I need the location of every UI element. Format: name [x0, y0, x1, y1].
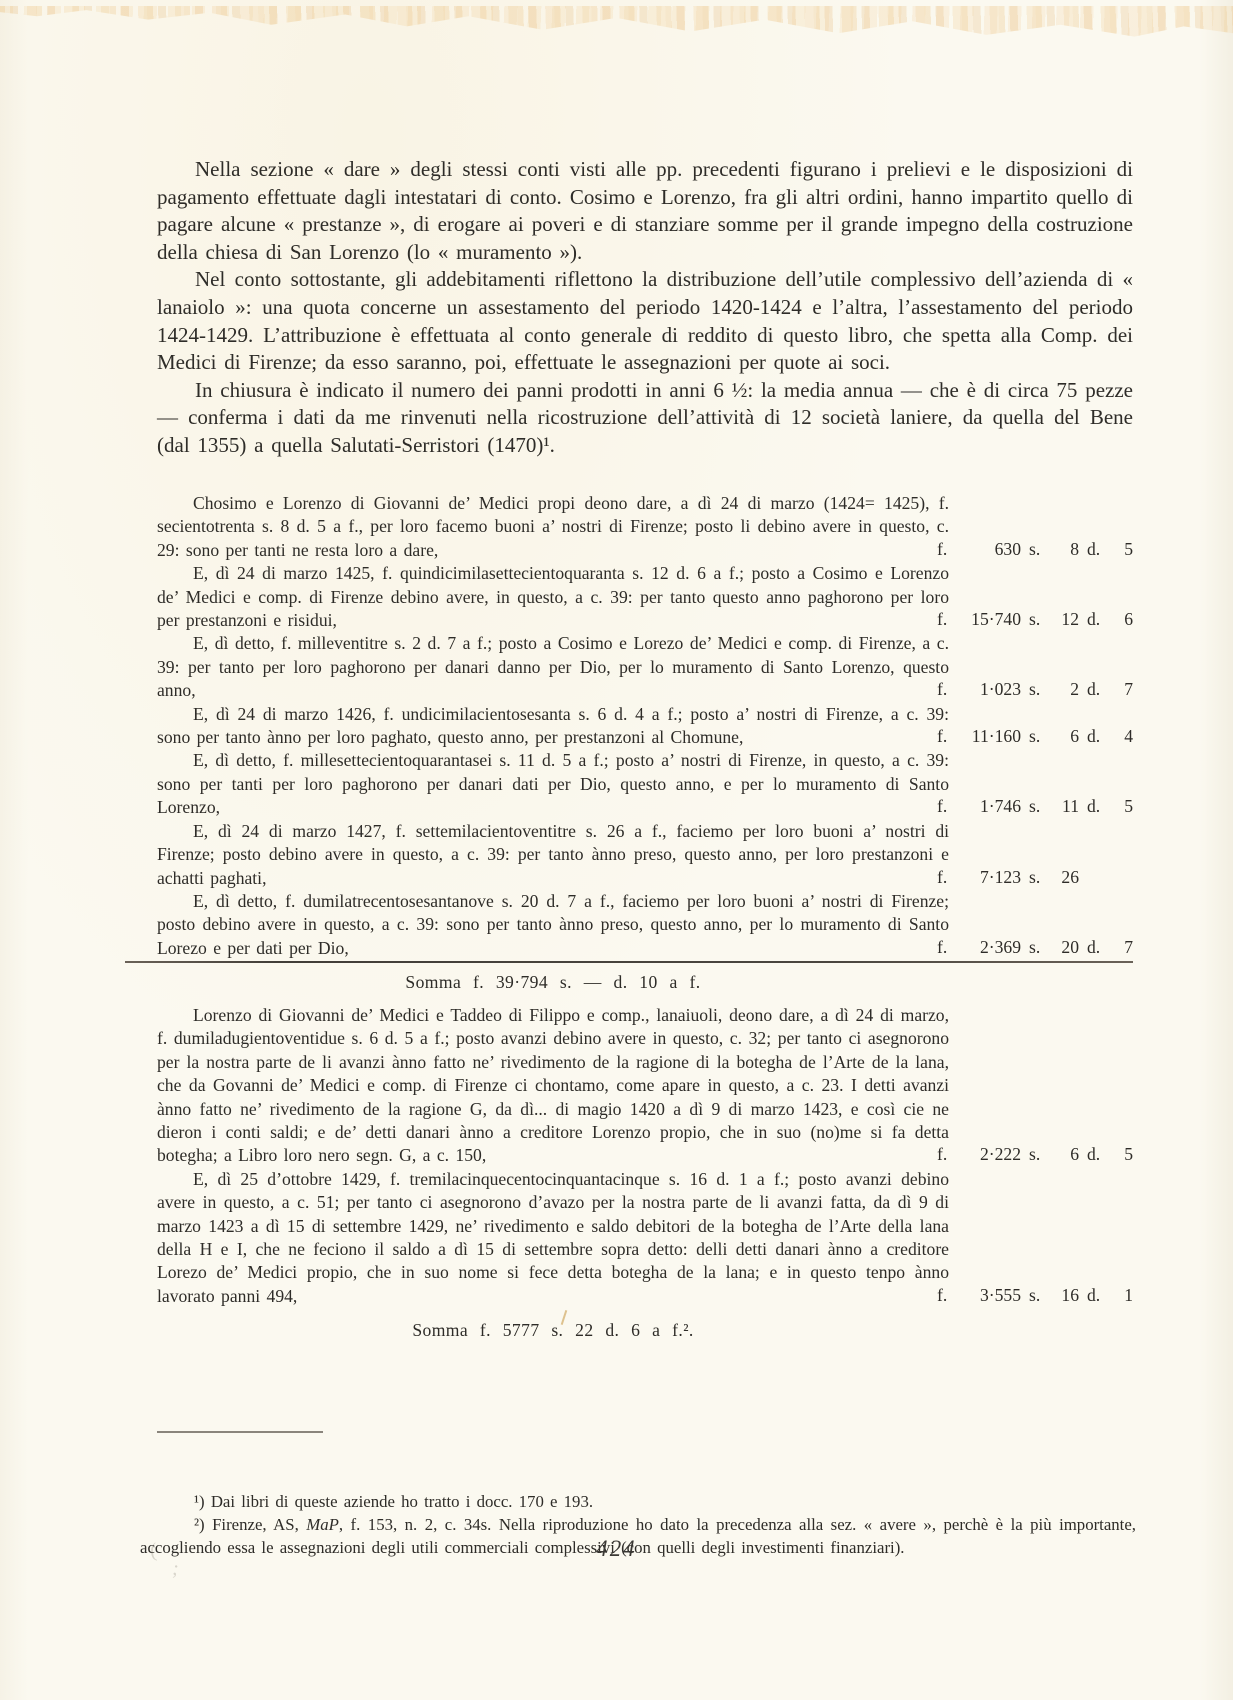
denari-value: 4	[1111, 725, 1133, 748]
ledger-entry: E, dì 24 di marzo 1425, f. quindicimilas…	[157, 562, 1133, 632]
soldi-value: 8	[1053, 538, 1087, 561]
ledger-entry: E, dì 25 d’ottobre 1429, f. tremilacinqu…	[157, 1168, 1133, 1308]
florin-value: 7·123	[961, 866, 1029, 889]
soldi-value: 26	[1053, 866, 1087, 889]
denari-label: d.	[1087, 608, 1111, 631]
entry-amount: f.630s.8d.5	[937, 538, 1133, 561]
soldi-value: 12	[1053, 608, 1087, 631]
entry-text: E, dì detto, f. millesettecientoquaranta…	[157, 749, 949, 819]
denari-value: 1	[1111, 1284, 1133, 1307]
soldi-label: s.	[1029, 538, 1053, 561]
denari-value: 5	[1111, 1143, 1133, 1166]
soldi-value: 2	[1053, 678, 1087, 701]
ledger-entry: Lorenzo di Giovanni de’ Medici e Taddeo …	[157, 1004, 1133, 1168]
smudge-glyph: ;	[172, 1558, 179, 1581]
book-page: Nella sezione « dare » degli stessi cont…	[0, 0, 1233, 1700]
soldi-value: 16	[1053, 1284, 1087, 1307]
footnote-2-prefix: ²) Firenze, AS,	[194, 1515, 306, 1534]
soldi-label: s.	[1029, 1143, 1053, 1166]
ledger-entry: E, dì detto, f. dumilatrecentosesantanov…	[157, 890, 1133, 960]
florin-label: f.	[937, 795, 961, 818]
entry-amount: f.3·555s.16d.1	[937, 1284, 1133, 1307]
denari-label: d.	[1087, 678, 1111, 701]
entry-text: E, dì 24 di marzo 1425, f. quindicimilas…	[157, 562, 949, 632]
entry-amount: f.11·160s.6d.4	[937, 725, 1133, 748]
soldi-label: s.	[1029, 795, 1053, 818]
florin-value: 15·740	[961, 608, 1029, 631]
entry-text: Lorenzo di Giovanni de’ Medici e Taddeo …	[157, 1004, 949, 1168]
florin-value: 11·160	[961, 725, 1029, 748]
florin-label: f.	[937, 936, 961, 959]
florin-label: f.	[937, 538, 961, 561]
denari-value: 5	[1111, 795, 1133, 818]
florin-label: f.	[937, 1284, 961, 1307]
footnote-2-source-abbr: MaP	[306, 1515, 339, 1534]
ledger-entry: Chosimo e Lorenzo di Giovanni de’ Medici…	[157, 492, 1133, 562]
florin-value: 1·746	[961, 795, 1029, 818]
intro-paragraph-1: Nella sezione « dare » degli stessi cont…	[157, 156, 1133, 266]
soldi-value: 20	[1053, 936, 1087, 959]
florin-value: 1·023	[961, 678, 1029, 701]
ledger-account-2: Lorenzo di Giovanni de’ Medici e Taddeo …	[157, 1004, 1133, 1355]
entry-text: E, dì 24 di marzo 1426, f. undicimilacie…	[157, 703, 949, 750]
entry-text: E, dì detto, f. dumilatrecentosesantanov…	[157, 890, 949, 960]
soldi-label: s.	[1029, 725, 1053, 748]
denari-value: 6	[1111, 608, 1133, 631]
ledger-entry: E, dì detto, f. milleventitre s. 2 d. 7 …	[157, 632, 1133, 702]
florin-label: f.	[937, 866, 961, 889]
florin-value: 3·555	[961, 1284, 1029, 1307]
florin-label: f.	[937, 678, 961, 701]
scan-edge-band	[0, 6, 1233, 40]
soldi-value: 6	[1053, 725, 1087, 748]
florin-label: f.	[937, 725, 961, 748]
florin-label: f.	[937, 1143, 961, 1166]
soldi-value: 11	[1053, 795, 1087, 818]
denari-label: d.	[1087, 1284, 1111, 1307]
denari-label: d.	[1087, 936, 1111, 959]
soldi-label: s.	[1029, 678, 1053, 701]
intro-paragraph-2: Nel conto sottostante, gli addebitamenti…	[157, 266, 1133, 376]
ledger-account-1: Chosimo e Lorenzo di Giovanni de’ Medici…	[157, 492, 1133, 1007]
denari-value: 7	[1111, 936, 1133, 959]
entry-amount: f.2·222s.6d.5	[937, 1143, 1133, 1166]
denari-label: d.	[1087, 538, 1111, 561]
denari-label: d.	[1087, 1143, 1111, 1166]
ledger-entry: E, dì 24 di marzo 1427, f. settemilacien…	[157, 820, 1133, 890]
somma-line-1: Somma f. 39·794 s. — d. 10 a f.	[157, 971, 949, 994]
soldi-label: s.	[1029, 936, 1053, 959]
footnote-1: ¹) Dai libri di queste aziende ho tratto…	[140, 1490, 1136, 1513]
soldi-value: 6	[1053, 1143, 1087, 1166]
denari-label: d.	[1087, 725, 1111, 748]
soldi-label: s.	[1029, 608, 1053, 631]
florin-value: 630	[961, 538, 1029, 561]
footnote-separator-rule	[157, 1431, 323, 1433]
section-divider-rule	[125, 961, 1133, 963]
entry-amount: f.2·369s.20d.7	[937, 936, 1133, 959]
ledger-entry: E, dì 24 di marzo 1426, f. undicimilacie…	[157, 703, 1133, 750]
florin-value: 2·222	[961, 1143, 1029, 1166]
somma-line-2: Somma f. 5777 s. 22 d. 6 a f.².	[157, 1319, 949, 1342]
soldi-label: s.	[1029, 1284, 1053, 1307]
entry-amount: f.1·746s.11d.5	[937, 795, 1133, 818]
intro-paragraph-3: In chiusura è indicato il numero dei pan…	[157, 377, 1133, 460]
entry-amount: f.1·023s.2d.7	[937, 678, 1133, 701]
denari-value: 7	[1111, 678, 1133, 701]
entry-text: E, dì detto, f. milleventitre s. 2 d. 7 …	[157, 632, 949, 702]
florin-value: 2·369	[961, 936, 1029, 959]
entry-text: Chosimo e Lorenzo di Giovanni de’ Medici…	[157, 492, 949, 562]
entry-amount: f.7·123s.26	[937, 866, 1133, 889]
entry-amount: f.15·740s.12d.6	[937, 608, 1133, 631]
florin-label: f.	[937, 608, 961, 631]
pencil-smudge-mark: ( ;	[150, 1540, 220, 1592]
entry-text: E, dì 25 d’ottobre 1429, f. tremilacinqu…	[157, 1168, 949, 1308]
denari-value: 5	[1111, 538, 1133, 561]
entry-text: E, dì 24 di marzo 1427, f. settemilacien…	[157, 820, 949, 890]
soldi-label: s.	[1029, 866, 1053, 889]
denari-label: d.	[1087, 795, 1111, 818]
ledger-entry: E, dì detto, f. millesettecientoquaranta…	[157, 749, 1133, 819]
intro-section: Nella sezione « dare » degli stessi cont…	[157, 156, 1133, 460]
